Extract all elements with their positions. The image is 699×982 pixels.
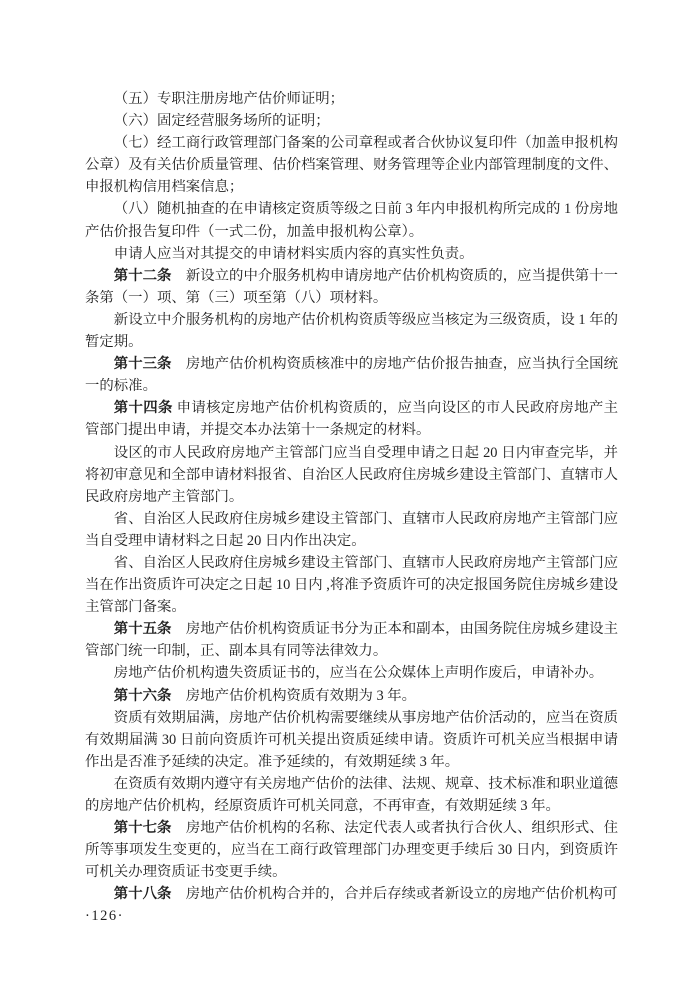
paragraph: （六）固定经营服务场所的证明； bbox=[85, 110, 618, 132]
article-paragraph: 第十三条 房地产估价机构资质核准中的房地产估价报告抽查，应当执行全国统一的标准。 bbox=[85, 353, 618, 397]
paragraph: 申请人应当对其提交的申请材料实质内容的真实性负责。 bbox=[85, 243, 618, 265]
document-page: （五）专职注册房地产估价师证明；（六）固定经营服务场所的证明；（七）经工商行政管… bbox=[0, 0, 699, 982]
paragraph: （七）经工商行政管理部门备案的公司章程或者合伙协议复印件（加盖申报机构公章）及有… bbox=[85, 132, 618, 198]
article-paragraph: 第十五条 房地产估价机构资质证书分为正本和副本，由国务院住房城乡建设主管部门统一… bbox=[85, 618, 618, 662]
article-number: 第十六条 bbox=[114, 688, 172, 704]
article-number: 第十八条 bbox=[114, 886, 172, 902]
paragraph: 省、自治区人民政府住房城乡建设主管部门、直辖市人民政府房地产主管部门应当在作出资… bbox=[85, 552, 618, 618]
article-number: 第十五条 bbox=[114, 621, 172, 637]
article-number: 第十二条 bbox=[114, 268, 172, 284]
document-body: （五）专职注册房地产估价师证明；（六）固定经营服务场所的证明；（七）经工商行政管… bbox=[85, 88, 618, 905]
paragraph: 省、自治区人民政府住房城乡建设主管部门、直辖市人民政府房地产主管部门应当自受理申… bbox=[85, 508, 618, 552]
paragraph: （五）专职注册房地产估价师证明； bbox=[85, 88, 618, 110]
paragraph: 在资质有效期内遵守有关房地产估价的法律、法规、规章、技术标准和职业道德的房地产估… bbox=[85, 773, 618, 817]
article-number: 第十三条 bbox=[114, 356, 172, 372]
paragraph: （八）随机抽查的在申请核定资质等级之日前 3 年内申报机构所完成的 1 份房地产… bbox=[85, 198, 618, 242]
article-paragraph: 第十四条 申请核定房地产估价机构资质的，应当向设区的市人民政府房地产主管部门提出… bbox=[85, 397, 618, 441]
article-paragraph: 第十二条 新设立的中介服务机构申请房地产估价机构资质的，应当提供第十一条第（一）… bbox=[85, 265, 618, 309]
article-paragraph: 第十六条 房地产估价机构资质有效期为 3 年。 bbox=[85, 685, 618, 707]
article-number: 第十七条 bbox=[114, 820, 172, 836]
paragraph: 资质有效期届满，房地产估价机构需要继续从事房地产估价活动的，应当在资质有效期届满… bbox=[85, 707, 618, 773]
article-paragraph: 第十七条 房地产估价机构的名称、法定代表人或者执行合伙人、组织形式、住所等事项发… bbox=[85, 817, 618, 883]
paragraph: 新设立中介服务机构的房地产估价机构资质等级应当核定为三级资质，设 1 年的暂定期… bbox=[85, 309, 618, 353]
article-number: 第十四条 bbox=[114, 400, 173, 416]
article-paragraph: 第十八条 房地产估价机构合并的，合并后存续或者新设立的房地产估价机构可 bbox=[85, 883, 618, 905]
paragraph: 房地产估价机构遗失资质证书的，应当在公众媒体上声明作废后，申请补办。 bbox=[85, 662, 618, 684]
page-number: ·126· bbox=[85, 908, 124, 925]
paragraph: 设区的市人民政府房地产主管部门应当自受理申请之日起 20 日内审查完毕，并将初审… bbox=[85, 442, 618, 508]
